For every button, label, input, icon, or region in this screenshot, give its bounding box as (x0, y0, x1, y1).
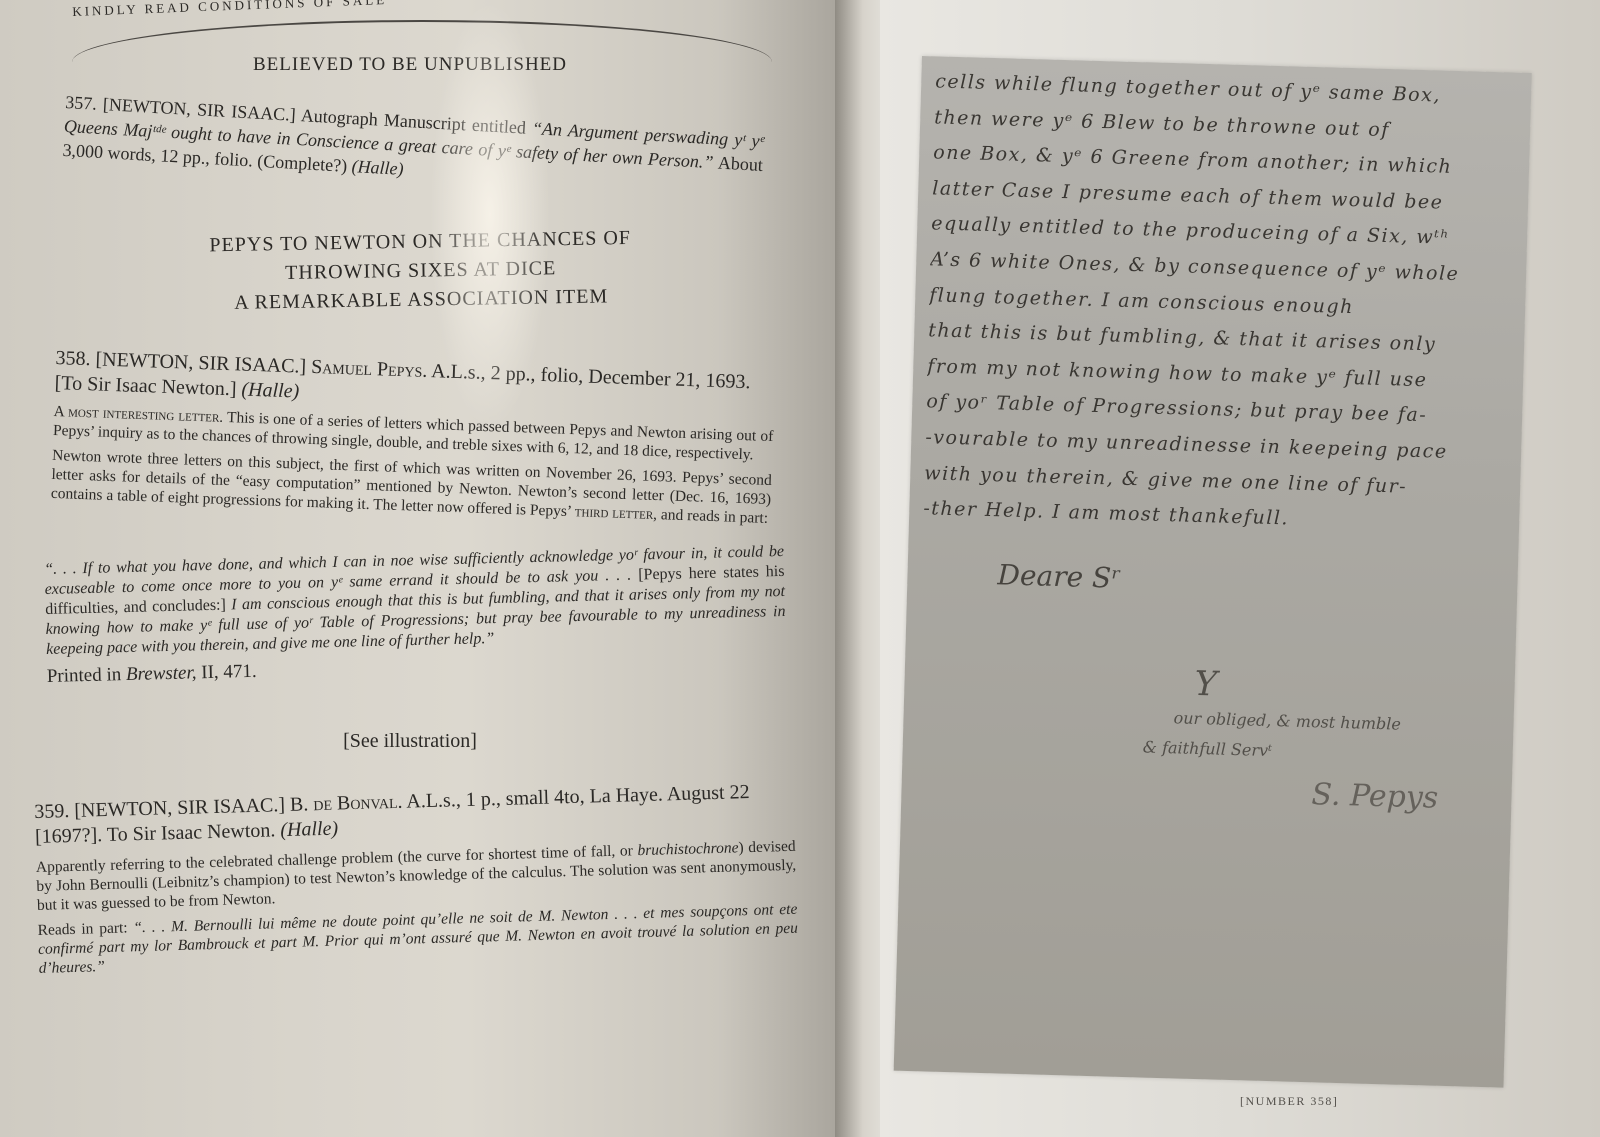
lot-358-heading: Pepys to Newton on the chances of throwi… (170, 223, 671, 319)
lot-author: Samuel Pepys. (311, 356, 428, 382)
catalogue-left-page: Kindly read conditions of sale of catalo… (0, 0, 845, 1137)
letter-salutation: Deare Sʳ (997, 558, 1121, 594)
letter-signature: S. Pepys (1311, 777, 1439, 816)
running-head-right: of catalogue (637, 0, 772, 14)
lot-subject: [NEWTON, SIR ISAAC.] (74, 794, 285, 822)
running-head-left: Kindly read conditions of sale (72, 0, 387, 20)
lot-subject: [NEWTON, SIR ISAAC.] (95, 348, 306, 377)
see-illustration: [See illustration] (40, 730, 780, 753)
lot-357-heading: Believed to be unpublished (40, 50, 780, 79)
letter-facsimile-plate: cells while flung together out of yᵉ sam… (894, 56, 1532, 1088)
lot-358-entry: 358. [NEWTON, SIR ISAAC.] Samuel Pepys. … (51, 346, 776, 528)
lot-source: (Halle) (351, 156, 404, 179)
lot-357: Believed to be unpublished (40, 50, 780, 79)
lot-source: (Halle) (241, 379, 299, 403)
lot-source: (Halle) (280, 818, 338, 842)
lot-author: B. de Bonval. (290, 791, 403, 816)
plate-caption: [Number 358] (1240, 1094, 1338, 1109)
lot-number: 357. (65, 92, 98, 114)
lot-number: 358. (55, 347, 91, 370)
lot-357-entry: 357. [NEWTON, SIR ISAAC.] Autograph Manu… (62, 90, 765, 201)
handwritten-letter: cells while flung together out of yᵉ sam… (923, 64, 1516, 543)
lot-358-quote: “. . . If to what you have done, and whi… (44, 542, 787, 688)
running-head: Kindly read conditions of sale of catalo… (72, 0, 772, 20)
lot-359-entry: 359. [NEWTON, SIR ISAAC.] B. de Bonval. … (34, 779, 799, 978)
lot-number: 359. (34, 800, 70, 823)
letter-closing: Y our obliged, & most humble & faithfull… (1172, 663, 1505, 772)
